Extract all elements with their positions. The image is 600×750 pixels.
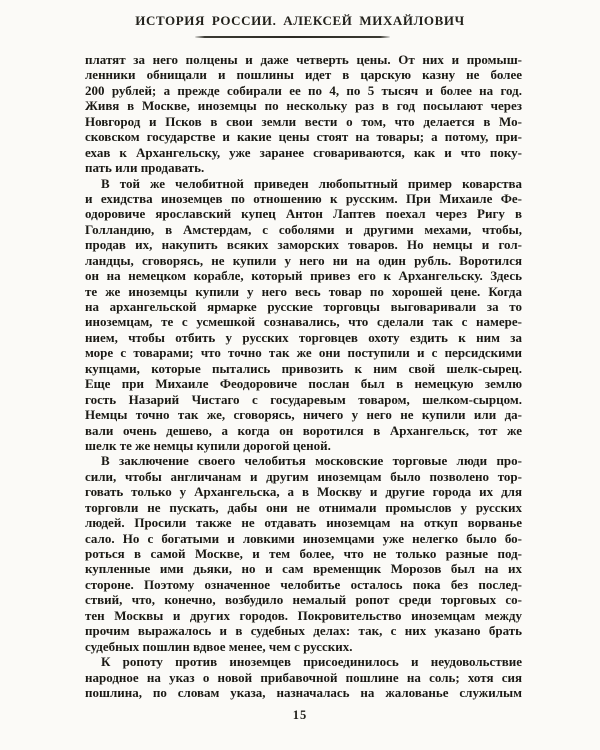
text-line: В той же челобитной приведен любопытный … xyxy=(85,176,522,191)
text-line: Немцы точно так же, сговорясь, ничего у … xyxy=(85,407,522,422)
text-line: сили, чтобы англичанам и другим иноземца… xyxy=(85,469,522,484)
text-line: тен Москвы и других городов. Покровитель… xyxy=(85,608,522,623)
text-line: ландцы, сговорясь, не купили у него ни н… xyxy=(85,253,522,268)
text-line: ствий, что, конечно, возбудило немалый р… xyxy=(85,592,522,607)
text-line: нием, чтобы отбить у русских торговцев о… xyxy=(85,330,522,345)
text-line: торговли не пускать, дабы они не отнимал… xyxy=(85,500,522,515)
text-line: те же иноземцы купили у него весь товар … xyxy=(85,284,522,299)
page-number: 15 xyxy=(0,708,600,723)
text-line: вали очень дешево, а когда он воротился … xyxy=(85,423,522,438)
text-line: одоровиче ярославский купец Антон Лаптев… xyxy=(85,206,522,221)
text-line: продав их, накупить всяких заморских тов… xyxy=(85,237,522,252)
book-page: ИСТОРИЯ РОССИИ. АЛЕКСЕЙ МИХАЙЛОВИЧ платя… xyxy=(0,0,600,750)
text-line: народное на указ о новой прибавочной пош… xyxy=(85,670,522,685)
text-line: шелк те же немцы купили дорогой ценой. xyxy=(85,438,522,453)
text-line: сковском государстве и какие цены стоят … xyxy=(85,129,522,144)
text-line: платят за него полцены и даже четверть ц… xyxy=(85,52,522,67)
text-line: сало. Но с богатыми и ловкими иноземцами… xyxy=(85,531,522,546)
text-line: на архангельской ярмарке русские торговц… xyxy=(85,299,522,314)
text-line: пать или продавать. xyxy=(85,160,522,175)
text-line: К ропоту против иноземцев присоединилось… xyxy=(85,654,522,669)
running-header: ИСТОРИЯ РОССИИ. АЛЕКСЕЙ МИХАЙЛОВИЧ xyxy=(0,13,600,29)
text-line: купцами, которые пытались привозить к ни… xyxy=(85,361,522,376)
text-line: ленники обнищали и пошлины идет в царску… xyxy=(85,67,522,82)
text-line: пошлина, по словам указа, назначалась на… xyxy=(85,685,522,700)
text-line: прочим выражалось и в судебных делах: та… xyxy=(85,623,522,638)
text-line: Новгород и Псков в свои земли вести о то… xyxy=(85,114,522,129)
text-line: роться в самой Москве, и тем более, что … xyxy=(85,546,522,561)
text-line: 200 рублей; а прежде собирали ее по 4, п… xyxy=(85,83,522,98)
text-line: судебных пошлин вдвое менее, чем с русск… xyxy=(85,639,522,654)
text-line: говать только у Архангельска, а в Москву… xyxy=(85,484,522,499)
text-line: стороне. Поэтому означенное челобитье ос… xyxy=(85,577,522,592)
page-text: платят за него полцены и даже четверть ц… xyxy=(85,52,522,700)
text-line: Голландию, в Амстердам, с соболями и дру… xyxy=(85,222,522,237)
text-line: и ехидства иноземцев по отношению к русс… xyxy=(85,191,522,206)
text-line: он на немецком корабле, который привез е… xyxy=(85,268,522,283)
text-line: ехав к Архангельску, уже заранее сговари… xyxy=(85,145,522,160)
text-line: людей. Просили также не отдавать иноземц… xyxy=(85,515,522,530)
text-line: купленные ими дьяки, но и сам временщик … xyxy=(85,561,522,576)
text-line: гость Назарий Чистаго с государевым това… xyxy=(85,392,522,407)
text-line: Еще при Михаиле Феодоровиче послан был в… xyxy=(85,376,522,391)
text-line: иноземцам, те с усмешкой сознавались, чт… xyxy=(85,314,522,329)
header-rule xyxy=(195,36,390,38)
text-line: Живя в Москве, иноземцы по нескольку раз… xyxy=(85,98,522,113)
text-line: море с товарами; что точно так же они по… xyxy=(85,345,522,360)
text-line: В заключение своего челобитья московские… xyxy=(85,453,522,468)
